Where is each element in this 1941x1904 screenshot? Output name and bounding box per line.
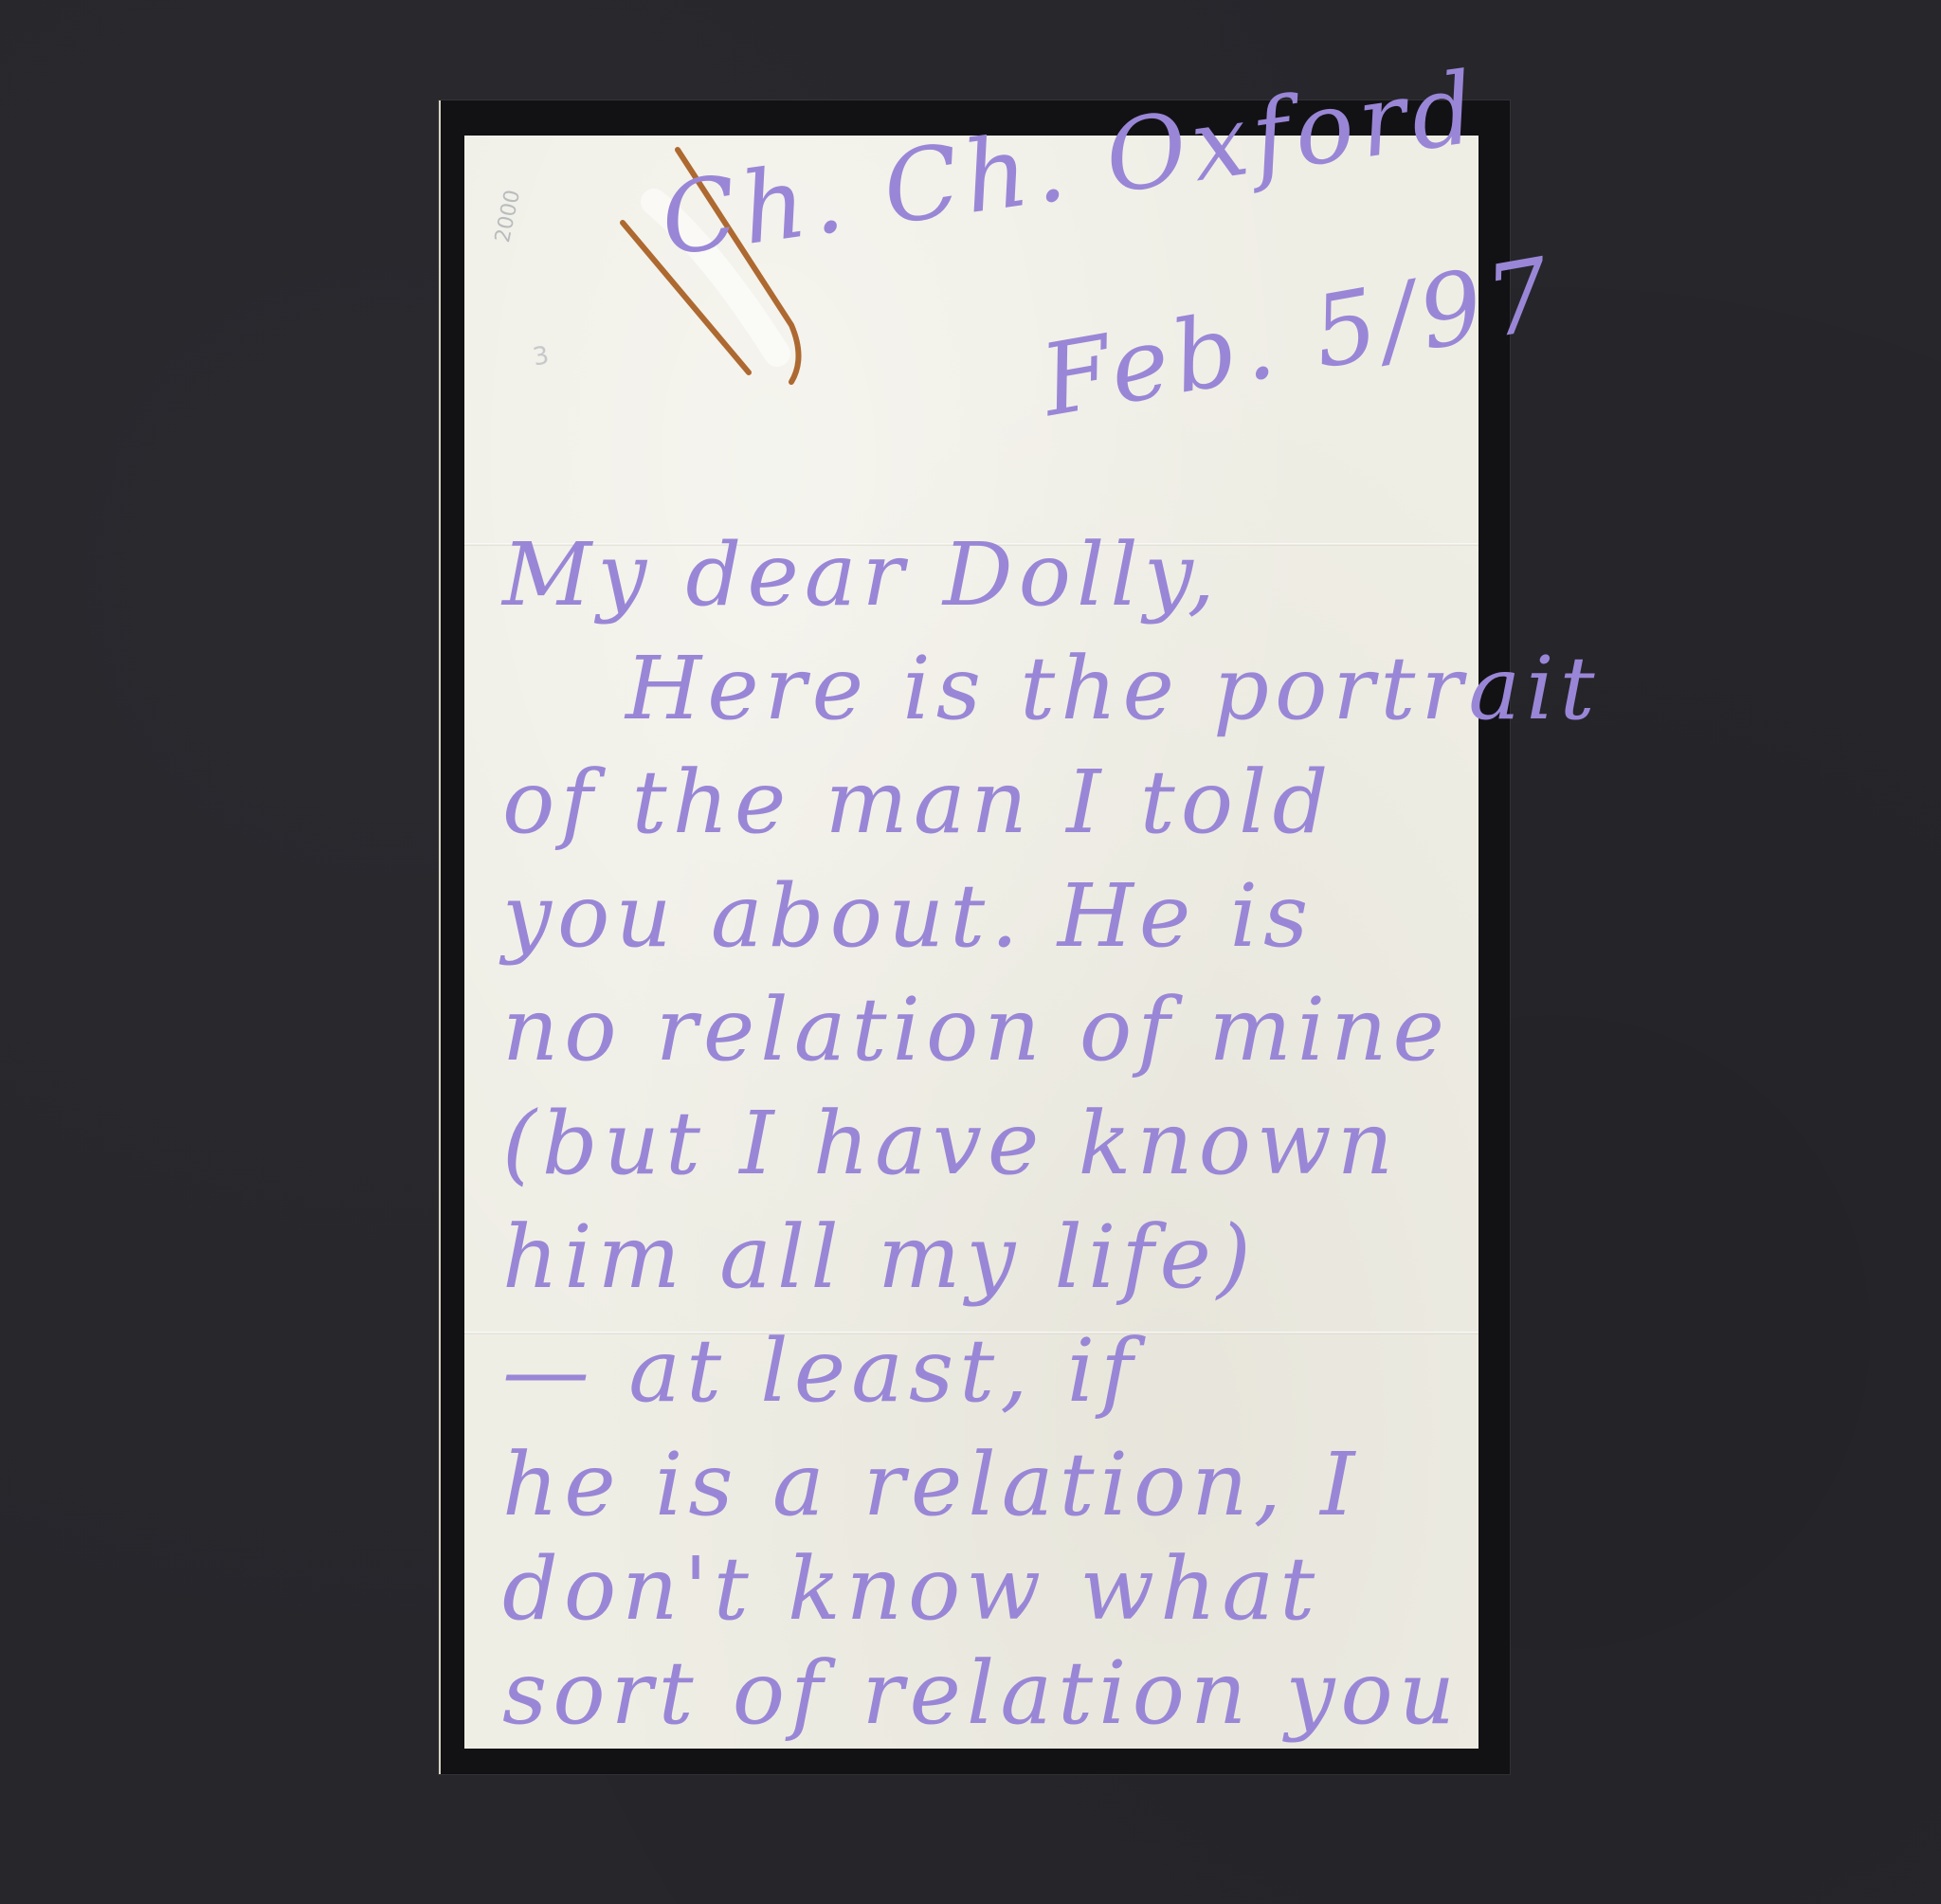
salutation: My dear Dolly, <box>502 524 1221 626</box>
body-line: of the man I told <box>502 752 1333 853</box>
letter-paper: 2000 3 Ch. Ch. Oxford Feb. 5/97 My dear … <box>464 136 1478 1749</box>
body-line: him all my life) <box>502 1206 1257 1308</box>
body-line: he is a relation, I <box>502 1434 1360 1535</box>
body-line: — at least, if <box>502 1320 1138 1422</box>
body-line: (but I have known <box>502 1093 1399 1194</box>
body-line: sort of relation you <box>502 1642 1460 1744</box>
body-line: don't know what <box>502 1538 1320 1640</box>
body-line: no relation of mine <box>502 979 1450 1080</box>
pencil-reference-number: 2000 <box>491 188 525 245</box>
pencil-margin-mark: 3 <box>531 341 552 372</box>
body-line: Here is the portrait <box>626 638 1601 739</box>
body-line: you about. He is <box>502 865 1314 967</box>
